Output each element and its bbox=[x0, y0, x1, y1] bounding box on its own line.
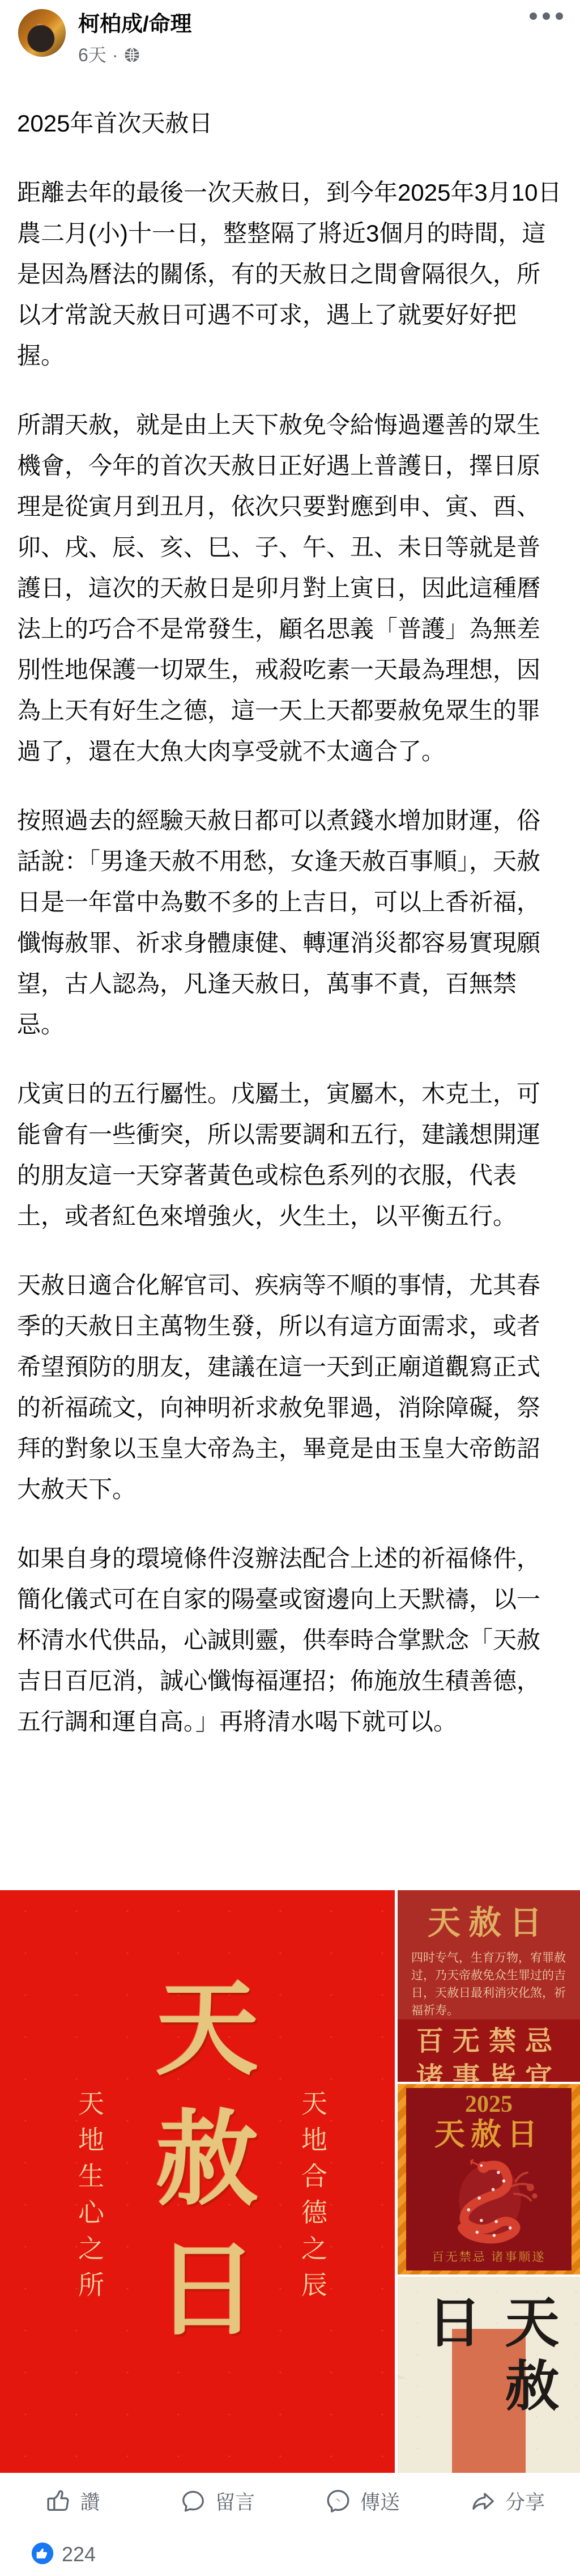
post-paragraph: 按照過去的經驗天赦日都可以煮錢水增加財運，俗話說：「男逢天赦不用愁，女逢天赦百事… bbox=[17, 800, 563, 1045]
promo-banner: 百无禁忌 诸事皆宜 bbox=[398, 2019, 580, 2082]
calligraphy-text: 天赦日 bbox=[411, 2294, 566, 2473]
promo-title: 天赦日 bbox=[398, 1896, 580, 1943]
post-paragraph: 戊寅日的五行屬性。戊屬土，寅屬木，木克土，可能會有一些衝突，所以需要調和五行，建… bbox=[17, 1073, 563, 1237]
promo-banner-line: 百无禁忌 bbox=[416, 2025, 561, 2058]
photo-grid: 天地生心之所 天地合德之辰 天赦日 天赦日 四时专气，生育万物，宥罪赦过，乃天帝… bbox=[0, 1890, 580, 2473]
like-label: 讚 bbox=[80, 2487, 100, 2515]
share-label: 分享 bbox=[505, 2487, 545, 2515]
snake-poster-footer: 百无禁忌 诸事顺遂 bbox=[432, 2248, 546, 2265]
dot bbox=[556, 12, 563, 20]
poster-main-calligraphy: 天赦日 bbox=[123, 1974, 271, 2365]
like-badge-icon bbox=[31, 2542, 54, 2567]
like-button[interactable]: 讚 bbox=[0, 2487, 145, 2515]
photo-left-red-poster[interactable]: 天地生心之所 天地合德之辰 天赦日 bbox=[0, 1890, 395, 2473]
snake-poster-year: 2025 bbox=[465, 2091, 513, 2117]
send-button[interactable]: 傳送 bbox=[290, 2487, 435, 2515]
post-paragraph: 距離去年的最後一次天赦日，到今年2025年3月10日農二月(小)十一日，整整隔了… bbox=[17, 172, 563, 376]
photo-promo-poster[interactable]: 天赦日 四时专气，生育万物，宥罪赦过，乃天帝赦免众生罪过的吉日，天赦日最利消灾化… bbox=[398, 1890, 580, 2082]
thumbs-up-icon bbox=[45, 2488, 71, 2514]
poster-left-side-text: 天地生心之所 bbox=[70, 2090, 108, 2307]
reaction-summary[interactable]: 224 bbox=[0, 2537, 580, 2571]
globe-icon bbox=[123, 46, 140, 63]
author-name[interactable]: 柯柏成/命理 bbox=[78, 11, 192, 37]
post-paragraph: 所謂天赦，就是由上天下赦免令給悔過遷善的眾生機會，今年的首次天赦日正好遇上普護日… bbox=[17, 405, 563, 772]
meta-separator: · bbox=[112, 45, 118, 65]
post-title: 2025年首次天赦日 bbox=[17, 103, 563, 144]
reaction-count: 224 bbox=[62, 2543, 96, 2566]
share-button[interactable]: 分享 bbox=[435, 2487, 580, 2515]
send-label: 傳送 bbox=[360, 2487, 400, 2515]
dot bbox=[530, 12, 537, 20]
action-bar: 讚 留言 傳送 分享 bbox=[0, 2473, 580, 2530]
comment-icon bbox=[180, 2488, 206, 2514]
timestamp[interactable]: 6天 bbox=[78, 45, 106, 65]
comment-button[interactable]: 留言 bbox=[145, 2487, 290, 2515]
promo-banner-line: 诸事皆宜 bbox=[416, 2061, 561, 2082]
post-body: 2025年首次天赦日 距離去年的最後一次天赦日，到今年2025年3月10日農二月… bbox=[0, 63, 580, 1890]
dot bbox=[543, 12, 550, 20]
poster-right-side-text: 天地合德之辰 bbox=[293, 2090, 331, 2307]
avatar[interactable] bbox=[18, 9, 66, 57]
post-header: 柯柏成/命理 6天 · bbox=[0, 0, 580, 63]
post-paragraph: 天赦日適合化解官司、疾病等不順的事情，尤其春季的天赦日主萬物生發，所以有這方面需… bbox=[17, 1265, 563, 1510]
post-meta: 6天 · bbox=[78, 45, 192, 65]
photo-snake-poster[interactable]: 2025 天赦日 bbox=[398, 2084, 580, 2274]
snake-illustration bbox=[406, 2151, 572, 2248]
promo-body-text: 四时专气，生育万物，宥罪赦过，乃天帝赦免众生罪过的吉日，天赦日最利消灾化煞，祈福… bbox=[398, 1943, 580, 2019]
photo-calligraphy-poster[interactable]: 天赦日 bbox=[398, 2277, 580, 2473]
share-icon bbox=[470, 2488, 496, 2514]
post-menu-button[interactable] bbox=[530, 12, 563, 20]
messenger-icon bbox=[325, 2488, 351, 2514]
comment-label: 留言 bbox=[215, 2487, 255, 2515]
post-paragraph: 如果自身的環境條件沒辦法配合上述的祈福條件，簡化儀式可在自家的陽臺或窗邊向上天默… bbox=[17, 1538, 563, 1742]
snake-poster-title: 天赦日 bbox=[434, 2117, 543, 2151]
